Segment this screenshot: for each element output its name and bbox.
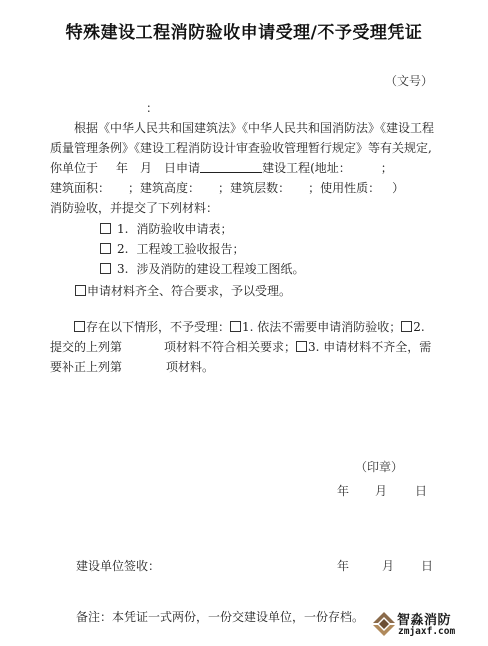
accept-option: 申请材料齐全、符合要求，予以受理。 bbox=[75, 282, 291, 300]
document-page: 特殊建设工程消防验收申请受理/不予受理凭证 （文号） ： 根据《中华人民共和国建… bbox=[0, 0, 488, 646]
material-item: 2.工程竣工验收报告； bbox=[100, 240, 244, 258]
watermark: 智淼消防 zmjaxf.com bbox=[372, 607, 472, 643]
recipient-field: ： bbox=[146, 99, 158, 116]
intro-paragraph: 根据《中华人民共和国建筑法》《中华人民共和国消防法》《建设工程质量管理条例》《建… bbox=[50, 118, 440, 218]
doc-number-label: （文号） bbox=[385, 72, 433, 89]
logo-icon bbox=[372, 611, 396, 637]
sign-label: 建设单位签收： bbox=[76, 557, 160, 574]
material-item: 3.涉及消防的建设工程竣工图纸。 bbox=[100, 260, 304, 278]
watermark-url: zmjaxf.com bbox=[398, 626, 455, 637]
reject-reason-3-checkbox[interactable] bbox=[296, 341, 307, 352]
project-name-blank bbox=[200, 159, 262, 173]
page-title: 特殊建设工程消防验收申请受理/不予受理凭证 bbox=[0, 18, 488, 43]
checkbox[interactable] bbox=[100, 263, 111, 274]
material-item: 1.消防验收申请表； bbox=[100, 220, 232, 238]
reject-checkbox[interactable] bbox=[74, 321, 85, 332]
reject-reason-2-checkbox[interactable] bbox=[401, 321, 412, 332]
reject-paragraph: 存在以下情形，不予受理：1. 依法不需要申请消防验收；2. 提交的上列第项材料不… bbox=[50, 317, 440, 377]
checkbox[interactable] bbox=[100, 243, 111, 254]
reject-reason-1-checkbox[interactable] bbox=[230, 321, 241, 332]
checkbox[interactable] bbox=[100, 223, 111, 234]
accept-checkbox[interactable] bbox=[75, 285, 86, 296]
seal-label: （印章） bbox=[355, 458, 403, 475]
footnote: 备注：本凭证一式两份，一份交建设单位，一份存档。 bbox=[76, 608, 364, 625]
